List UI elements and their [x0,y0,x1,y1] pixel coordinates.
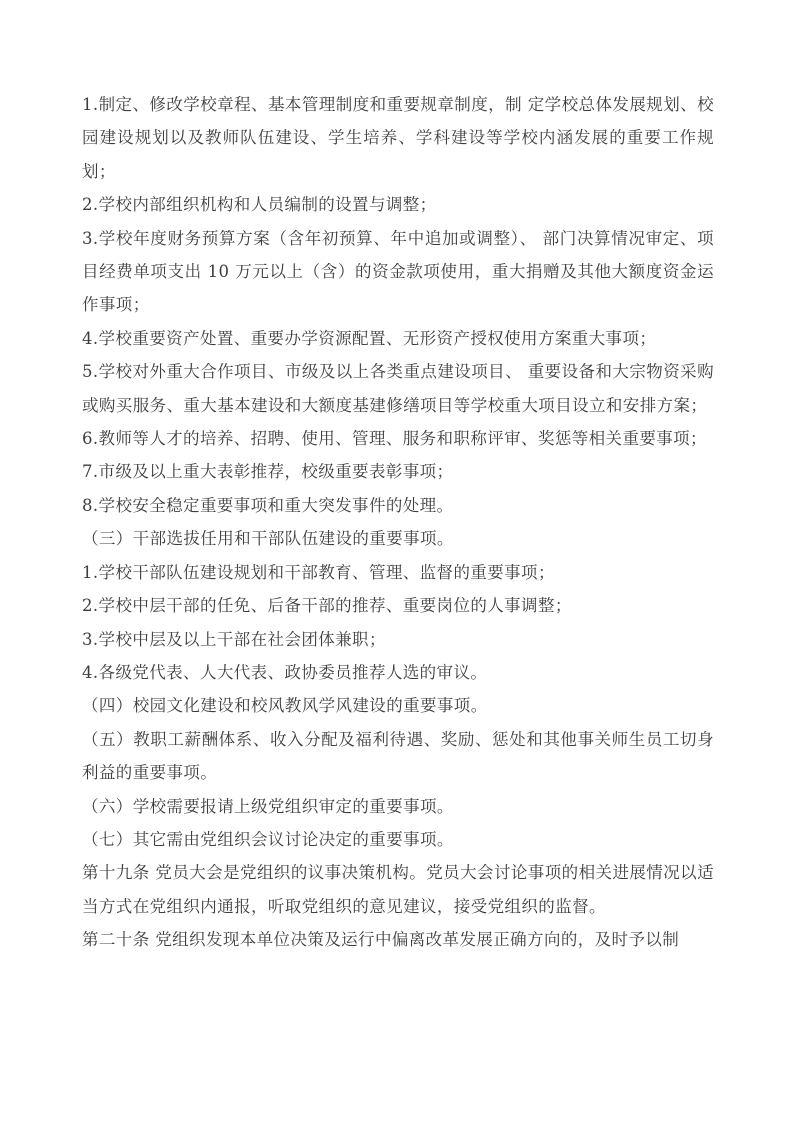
paragraph: 第十九条 党员大会是党组织的议事决策机构。党员大会讨论事项的相关进展情况以适当方… [82,856,714,923]
paragraph: 4.学校重要资产处置、重要办学资源配置、无形资产授权使用方案重大事项； [82,322,714,355]
paragraph: （七）其它需由党组织会议讨论决定的重要事项。 [82,823,714,856]
paragraph: （六）学校需要报请上级党组织审定的重要事项。 [82,790,714,823]
paragraph: 7.市级及以上重大表彰推荐，校级重要表彰事项； [82,455,714,488]
paragraph: 1.学校干部队伍建设规划和干部教育、管理、监督的重要事项； [82,556,714,589]
paragraph: 5.学校对外重大合作项目、市级及以上各类重点建设项目、 重要设备和大宗物资采购或… [82,355,714,422]
paragraph: 6.教师等人才的培养、招聘、使用、管理、服务和职称评审、奖惩等相关重要事项； [82,422,714,455]
paragraph: （四）校园文化建设和校风教风学风建设的重要事项。 [82,689,714,722]
paragraph: （五）教职工薪酬体系、收入分配及福利待遇、奖励、惩处和其他事关师生员工切身利益的… [82,723,714,790]
paragraph: 3.学校中层及以上干部在社会团体兼职； [82,623,714,656]
paragraph: 4.各级党代表、人大代表、政协委员推荐人选的审议。 [82,656,714,689]
document-page: 1.制定、修改学校章程、基本管理制度和重要规章制度，制 定学校总体发展规划、校园… [0,0,800,1131]
paragraph: （三）干部选拔任用和干部队伍建设的重要事项。 [82,522,714,555]
paragraph: 第二十条 党组织发现本单位决策及运行中偏离改革发展正确方向的，及时予以制 [82,923,714,956]
paragraph: 2.学校内部组织机构和人员编制的设置与调整； [82,188,714,221]
paragraph: 3.学校年度财务预算方案（含年初预算、年中追加或调整）、 部门决算情况审定、项目… [82,222,714,322]
document-body-text: 1.制定、修改学校章程、基本管理制度和重要规章制度，制 定学校总体发展规划、校园… [82,88,714,957]
paragraph: 8.学校安全稳定重要事项和重大突发事件的处理。 [82,489,714,522]
paragraph: 2.学校中层干部的任免、后备干部的推荐、重要岗位的人事调整； [82,589,714,622]
paragraph: 1.制定、修改学校章程、基本管理制度和重要规章制度，制 定学校总体发展规划、校园… [82,88,714,188]
